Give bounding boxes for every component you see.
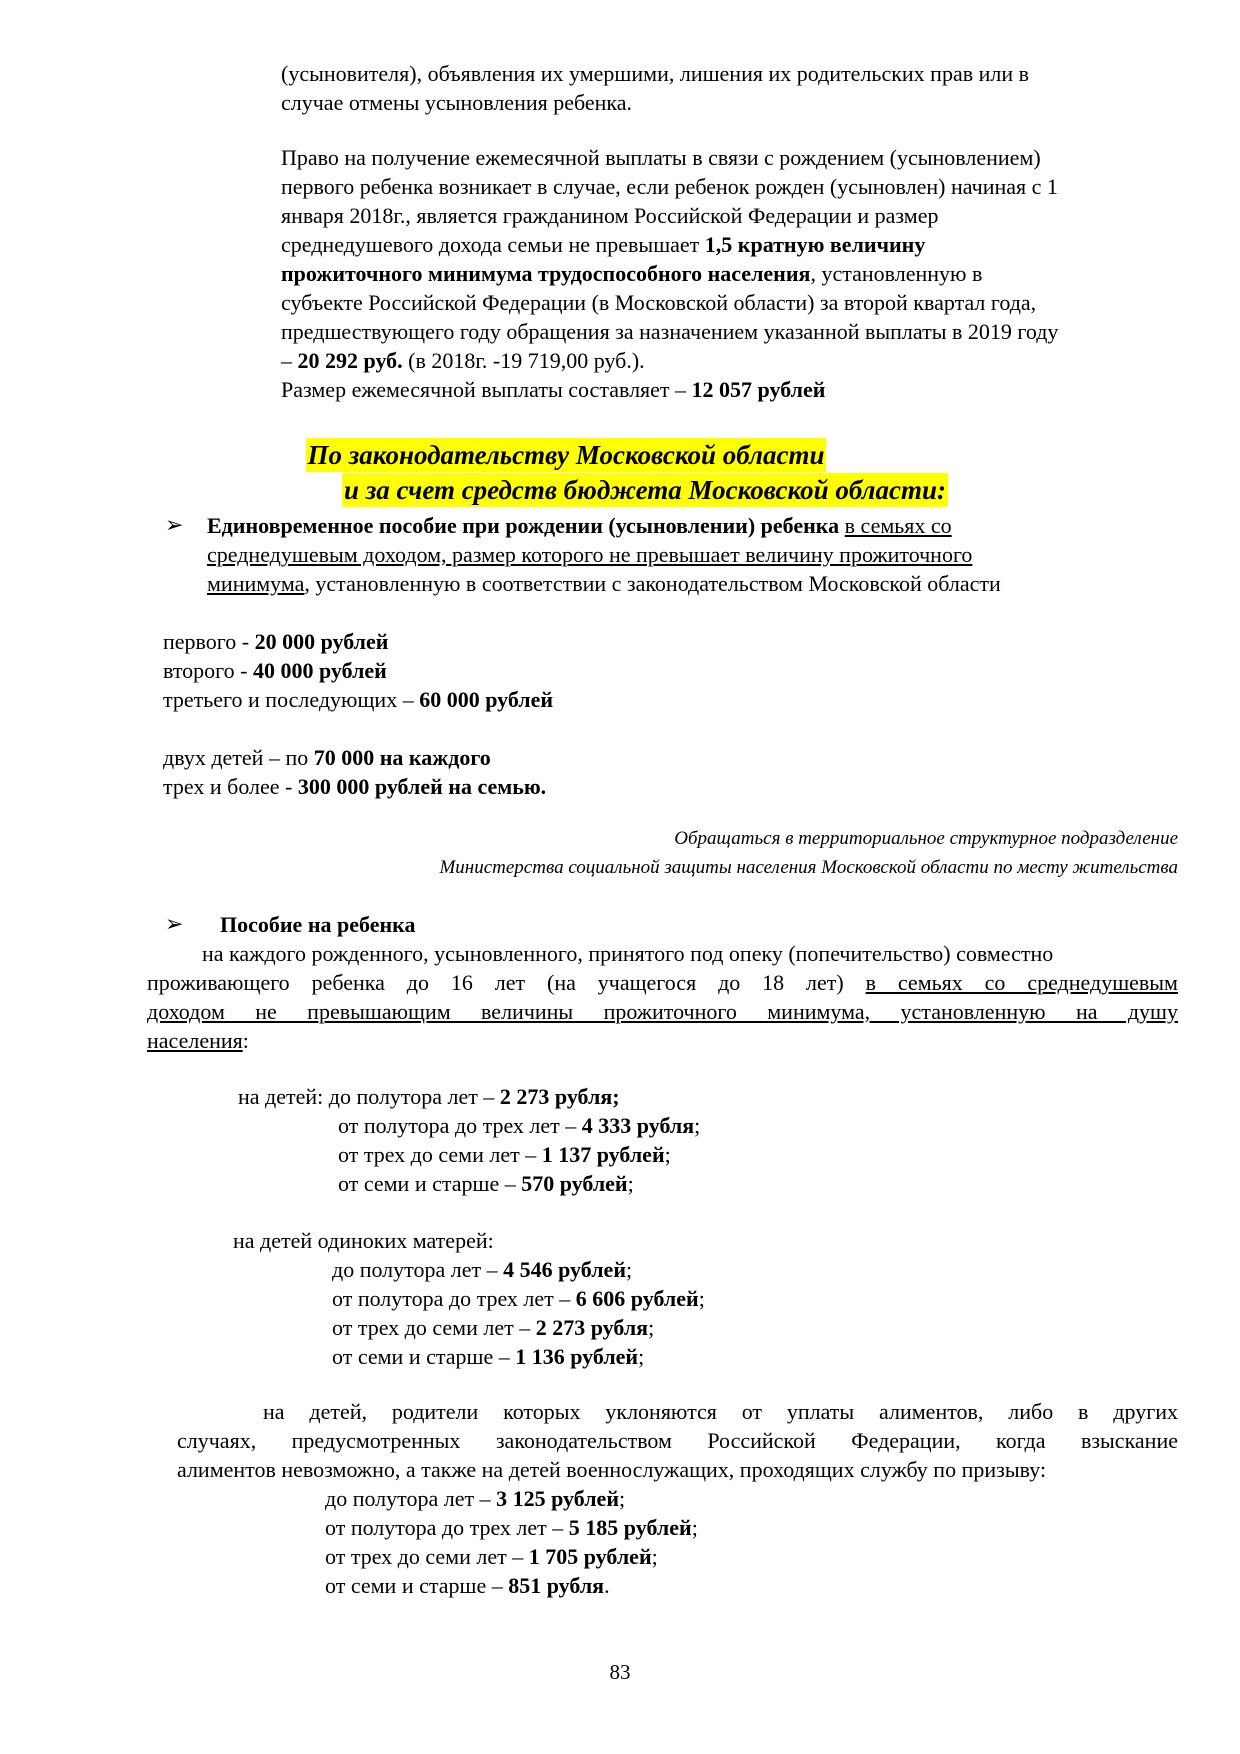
punct: ; (638, 1344, 644, 1369)
amount-row: от семи и старше – 1 136 рублей; (332, 1343, 644, 1371)
text: (в 2018г. -19 719,00 руб.). (403, 348, 645, 373)
punct: ; (652, 1544, 658, 1569)
emphasis-text: 1,5 кратную величину (705, 232, 926, 257)
amount-row: двух детей – по 70 000 на каждого (163, 744, 491, 772)
text: , установленную в (810, 261, 982, 286)
paragraph-line: января 2018г., является гражданином Росс… (281, 202, 938, 230)
underlined-text: доходом не превышающим величины прожиточ… (147, 999, 1178, 1024)
intro-line: случае отмены усыновления ребенка. (281, 89, 632, 117)
title-text: Пособие на ребенка (220, 912, 416, 937)
amount-row: от семи и старше – 851 рубля. (325, 1572, 610, 1600)
amount: 851 рубля (508, 1573, 604, 1598)
label: от трех до семи лет – (332, 1315, 536, 1340)
label: первого - (163, 629, 255, 654)
amount-row: на детей: до полутора лет – 2 273 рубля; (238, 1083, 620, 1111)
underlined-text: минимума (207, 571, 304, 596)
amount: 40 000 рублей (253, 658, 387, 683)
arrow-bullet-icon: ➢ (165, 512, 183, 538)
paragraph-line: населения: (147, 1027, 249, 1055)
amount: 1 136 рублей (515, 1344, 638, 1369)
paragraph-line: субъекте Российской Федерации (в Московс… (281, 289, 1036, 317)
punct: ; (694, 1113, 700, 1138)
amount: 2 273 рубля; (500, 1084, 620, 1109)
amount: 300 000 рублей на семью. (298, 774, 546, 799)
paragraph-line: алиментов невозможно, а также на детей в… (177, 1456, 1046, 1484)
label: от семи и старше – (338, 1171, 521, 1196)
paragraph-line: на каждого рожденного, усыновленного, пр… (202, 940, 1053, 968)
arrow-bullet-icon: ➢ (165, 911, 183, 937)
punct: . (604, 1573, 610, 1598)
label: от полутора до трех лет – (338, 1113, 582, 1138)
paragraph-line: Размер ежемесячной выплаты составляет – … (281, 376, 825, 404)
paragraph-line: среднедушевым доходом, размер которого н… (207, 541, 972, 569)
label: трех и более - (163, 774, 298, 799)
underlined-text: в семьях со (845, 513, 952, 538)
contact-note: Обращаться в территориальное структурное… (674, 828, 1178, 850)
paragraph-line: доходом не превышающим величины прожиточ… (147, 998, 1178, 1026)
amount-row: от трех до семи лет – 1 705 рублей; (325, 1543, 658, 1571)
amount: 6 606 рублей (576, 1286, 699, 1311)
amount: 12 057 рублей (692, 377, 826, 402)
label: от трех до семи лет – (338, 1142, 542, 1167)
heading-line: и за счет средств бюджета Московской обл… (342, 473, 948, 507)
paragraph-line: на детей, родители которых уклоняются от… (263, 1398, 1178, 1426)
amount: 20 000 рублей (255, 629, 389, 654)
punct: ; (648, 1315, 654, 1340)
paragraph-line: Право на получение ежемесячной выплаты в… (281, 144, 1041, 172)
paragraph-line: случаях, предусмотренных законодательств… (177, 1427, 1178, 1455)
intro-line: (усыновителя), объявления их умершими, л… (281, 60, 1029, 88)
label: до полутора лет – (329, 1084, 500, 1109)
label: от семи и старше – (332, 1344, 515, 1369)
amount-row: от полутора до трех лет – 6 606 рублей; (332, 1285, 705, 1313)
text: : (243, 1028, 249, 1053)
amount: 20 292 руб. (298, 348, 403, 373)
paragraph-line: минимума, установленную в соответствии с… (207, 570, 1001, 598)
amount-row: до полутора лет – 4 546 рублей; (332, 1256, 632, 1284)
label: третьего и последующих – (163, 687, 419, 712)
amount-row: от семи и старше – 570 рублей; (338, 1170, 634, 1198)
amount: 5 185 рублей (569, 1515, 692, 1540)
label: от трех до семи лет – (325, 1544, 529, 1569)
text: – (281, 348, 298, 373)
label: от семи и старше – (325, 1573, 508, 1598)
contact-note: Министерства социальной защиты населения… (439, 857, 1178, 879)
label: второго - (163, 658, 253, 683)
emphasis-text: прожиточного минимума трудоспособного на… (281, 261, 810, 286)
label: на детей: (238, 1084, 329, 1109)
text: Размер ежемесячной выплаты составляет – (281, 377, 692, 402)
amount: 70 000 на каждого (314, 745, 491, 770)
amount: 4 333 рубля (582, 1113, 694, 1138)
text: , установленную в соответствии с законод… (304, 571, 1000, 596)
paragraph-line: Единовременное пособие при рождении (усы… (207, 512, 952, 540)
label: до полутора лет – (325, 1486, 496, 1511)
underlined-text: среднедушевым доходом, размер которого н… (207, 542, 972, 567)
label: от полутора до трех лет – (325, 1515, 569, 1540)
amount-row: от полутора до трех лет – 5 185 рублей; (325, 1514, 698, 1542)
page-number: 83 (0, 1660, 1240, 1685)
punct: ; (692, 1515, 698, 1540)
label: до полутора лет – (332, 1257, 503, 1282)
paragraph-line: проживающего ребенка до 16 лет (на учаще… (147, 969, 1178, 997)
underlined-text: населения (147, 1028, 243, 1053)
amount-row: второго - 40 000 рублей (163, 657, 387, 685)
amount: 3 125 рублей (496, 1486, 619, 1511)
paragraph-line: первого ребенка возникает в случае, если… (281, 173, 1058, 201)
amount: 2 273 рубля (536, 1315, 648, 1340)
amount-row: от полутора до трех лет – 4 333 рубля; (338, 1112, 700, 1140)
amount: 1 705 рублей (529, 1544, 652, 1569)
text: проживающего ребенка до 16 лет (на учаще… (147, 970, 866, 995)
amount-row: трех и более - 300 000 рублей на семью. (163, 773, 546, 801)
paragraph-line: – 20 292 руб. (в 2018г. -19 719,00 руб.)… (281, 347, 645, 375)
amount: 4 546 рублей (503, 1257, 626, 1282)
punct: ; (628, 1171, 634, 1196)
paragraph-line: предшествующего году обращения за назнач… (281, 318, 1058, 346)
amount-row: до полутора лет – 3 125 рублей; (325, 1485, 625, 1513)
heading-line: По законодательству Московской области (306, 438, 827, 472)
amount: 60 000 рублей (419, 687, 553, 712)
amount: 1 137 рублей (542, 1142, 665, 1167)
punct: ; (699, 1286, 705, 1311)
amount-row: первого - 20 000 рублей (163, 628, 388, 656)
amount-row: третьего и последующих – 60 000 рублей (163, 686, 553, 714)
paragraph-line: прожиточного минимума трудоспособного на… (281, 260, 982, 288)
benefit-title: Единовременное пособие при рождении (усы… (207, 513, 839, 538)
amount: 570 рублей (521, 1171, 627, 1196)
amount-row: от трех до семи лет – 2 273 рубля; (332, 1314, 654, 1342)
amount-row: от трех до семи лет – 1 137 рублей; (338, 1141, 671, 1169)
paragraph-line: среднедушевого дохода семьи не превышает… (281, 231, 925, 259)
label: от полутора до трех лет – (332, 1286, 576, 1311)
punct: ; (619, 1486, 625, 1511)
punct: ; (665, 1142, 671, 1167)
text: среднедушевого дохода семьи не превышает (281, 232, 705, 257)
punct: ; (626, 1257, 632, 1282)
underlined-text: в семьях со среднедушевым (866, 970, 1178, 995)
benefit-title: Пособие на ребенка (220, 911, 416, 939)
group-label: на детей одиноких матерей: (233, 1227, 494, 1255)
label: двух детей – по (163, 745, 314, 770)
